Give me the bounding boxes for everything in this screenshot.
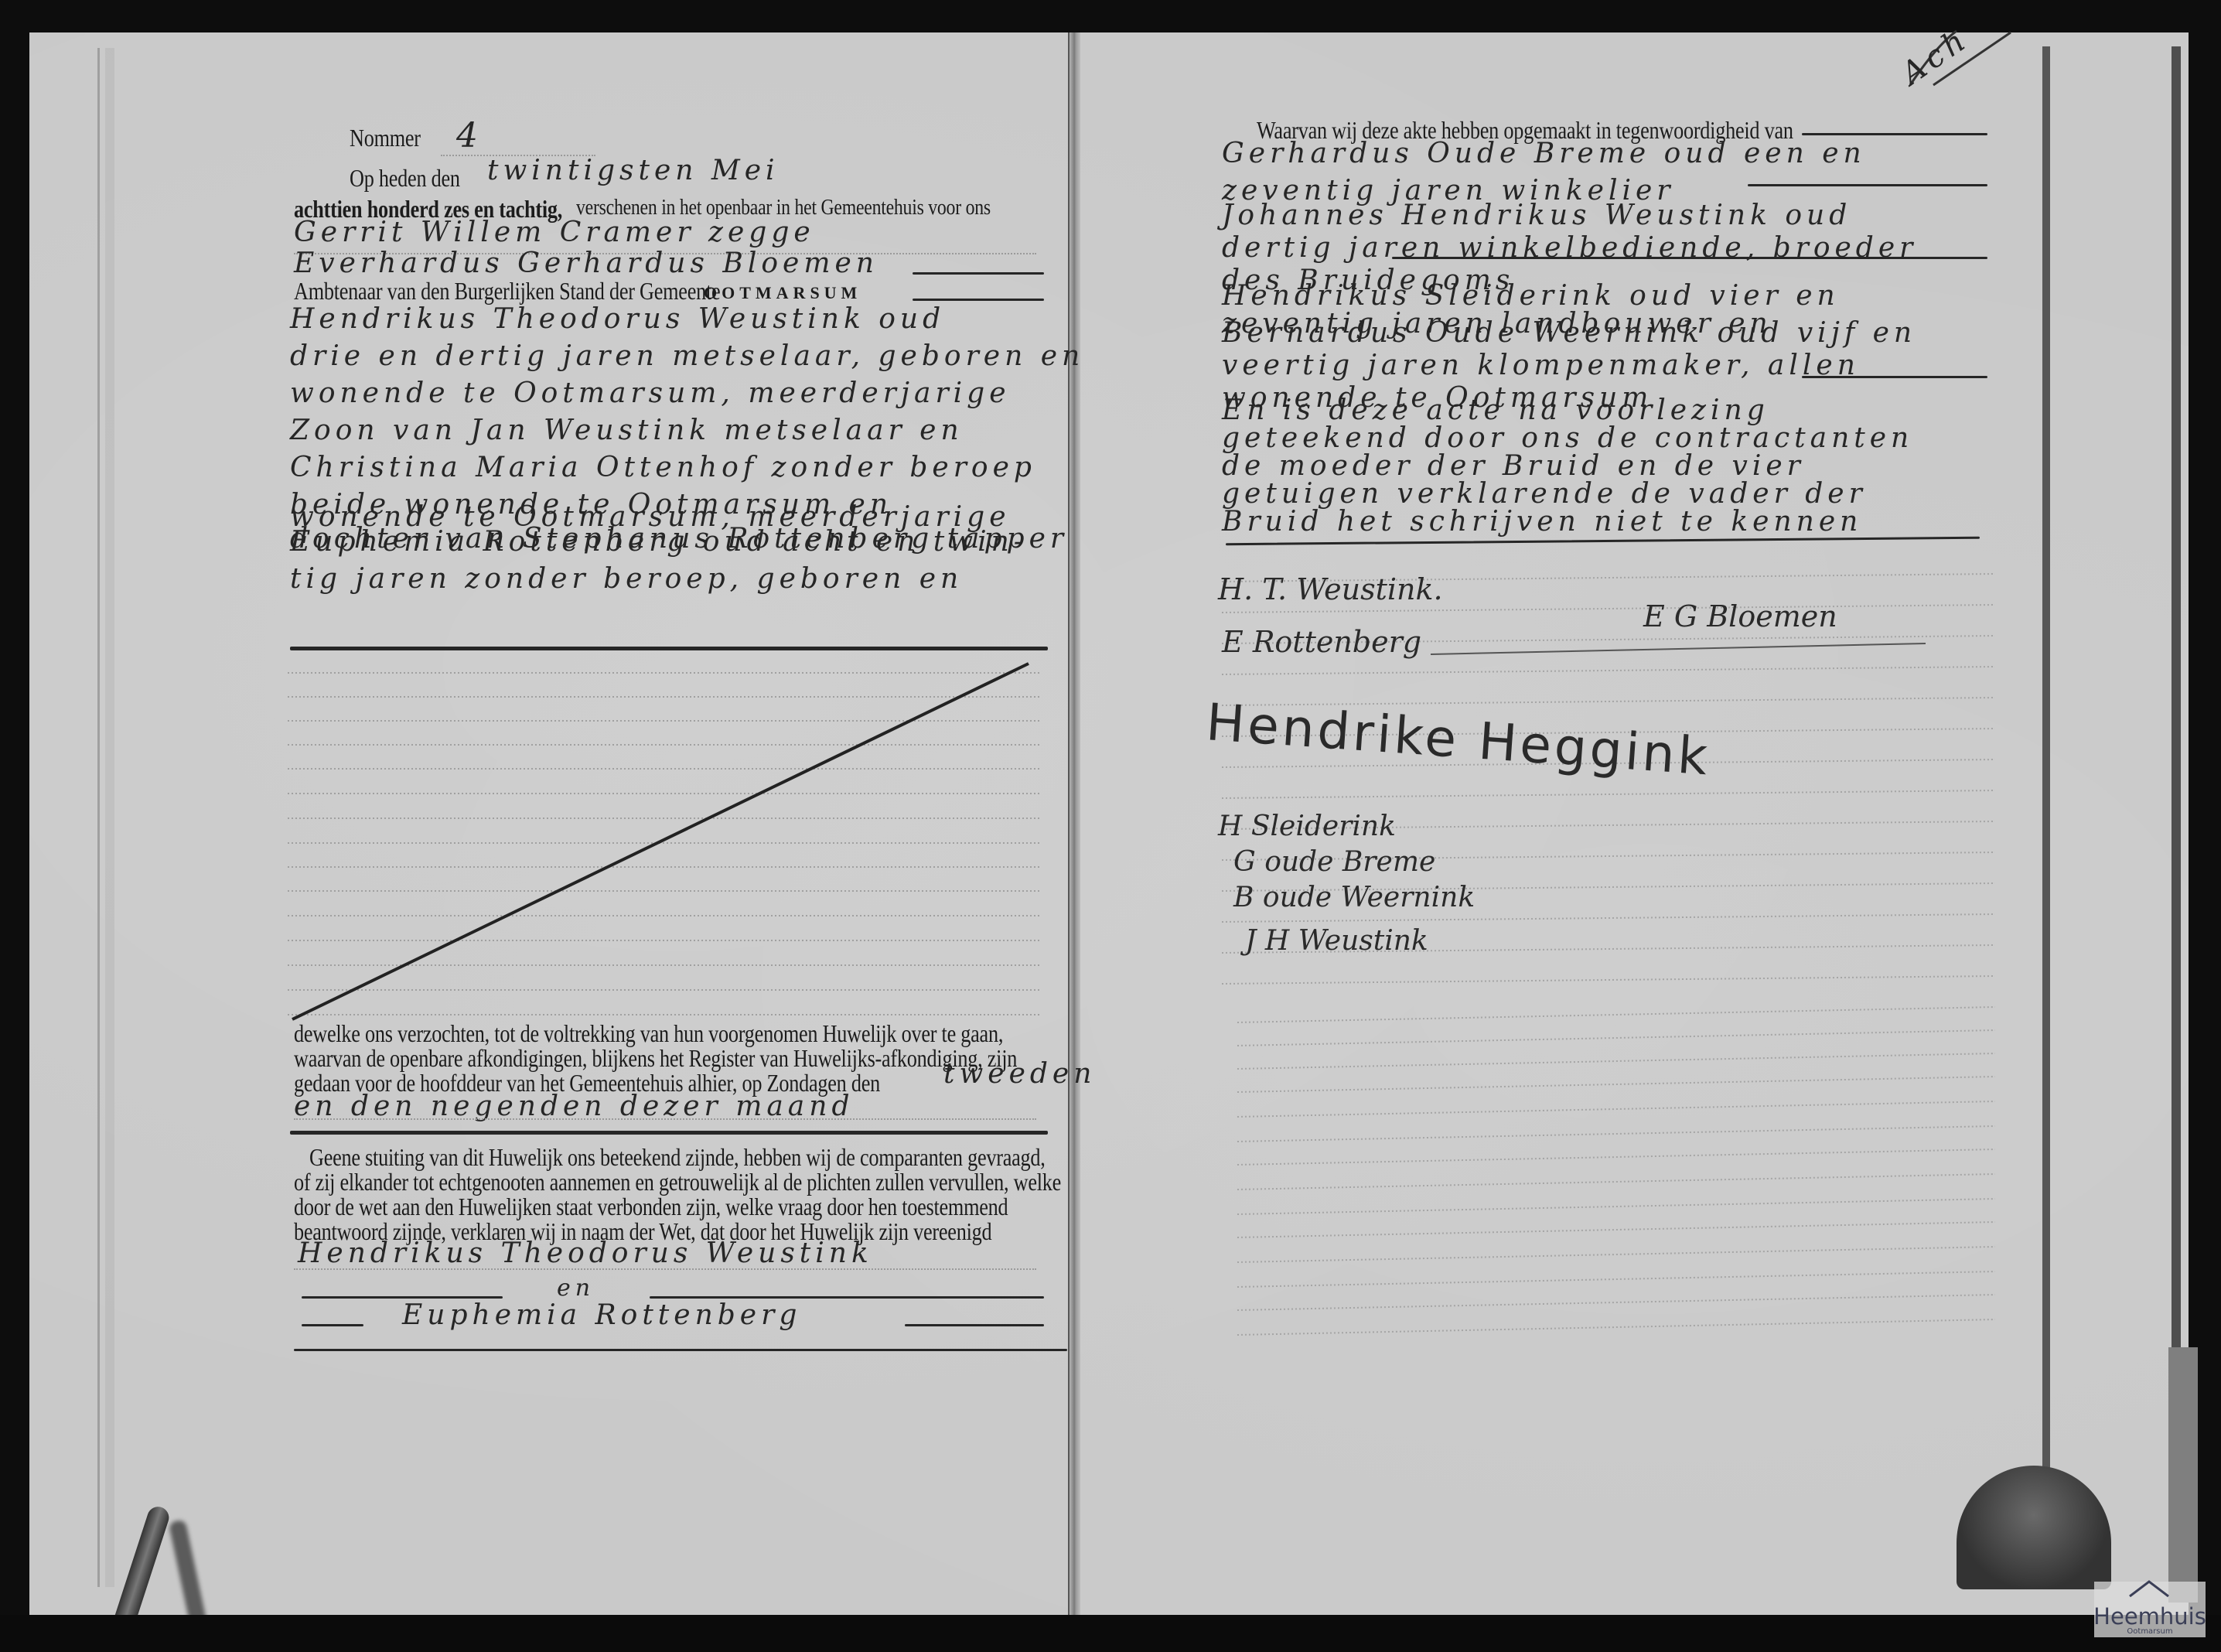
signature-groom: H. T. Weustink. xyxy=(1218,572,1443,606)
signature-witness-1: H Sleiderink xyxy=(1218,811,1396,842)
signature-official: E G Bloemen xyxy=(1643,599,1837,633)
watermark-title: Heemhuis xyxy=(2093,1606,2206,1627)
signature-witness-3: B oude Weernink xyxy=(1233,882,1475,913)
roof-logo-icon xyxy=(2128,1580,2170,1597)
heemhuis-watermark: Heemhuis Ootmarsum xyxy=(2094,1582,2206,1637)
right-page-ruling xyxy=(0,0,2221,1652)
bottom-edge xyxy=(0,1615,2221,1652)
signature-bride: E Rottenberg xyxy=(1222,625,1421,659)
signature-witness-2: G oude Breme xyxy=(1233,846,1435,878)
signature-witness-4: J H Weustink xyxy=(1245,925,1428,957)
watermark-subtitle: Ootmarsum xyxy=(2127,1627,2172,1636)
